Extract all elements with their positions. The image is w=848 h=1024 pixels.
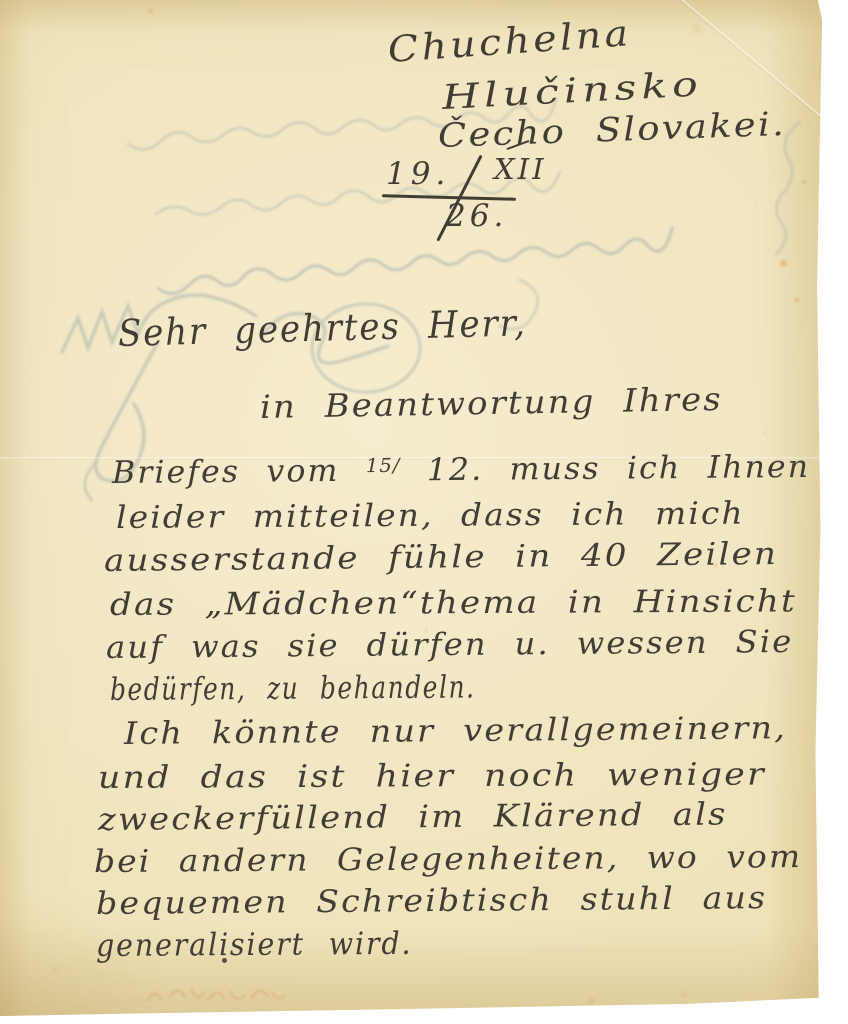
body-line-1-superscript-date: 15/ [366, 454, 401, 477]
body-line-7: Ich könnte nur verallgemeinern, [124, 710, 787, 752]
body-line-2: leider mitteilen, dass ich mich [116, 496, 745, 536]
scan-background: { "letter": { "header": { "place_lines":… [0, 0, 848, 1024]
bleedthrough-accession-mark [148, 990, 284, 1000]
opening-line: in Beantwortung Ihres [260, 380, 723, 426]
body-line-3: ausserstande fühle in 40 Zeilen [104, 536, 779, 579]
foxing-spot [146, 6, 156, 16]
body-line-1: Briefes vom 15/ 12. muss ich Ihnen [112, 449, 810, 491]
body-line-1-post: 12. muss ich Ihnen [427, 449, 811, 488]
date-day: 19. [386, 156, 450, 192]
body-line-8: und das ist hier noch weniger [98, 757, 766, 796]
body-line-10: bei andern Gelegenheiten, wo vom [94, 839, 802, 880]
foxing-spot [586, 996, 596, 1006]
body-line-12: generalisiert wird. [96, 926, 413, 964]
foxing-spot [762, 430, 768, 436]
foxing-spot [50, 966, 59, 975]
salutation: Sehr geehrtes Herr, [117, 301, 527, 355]
letter-paper: Chuchelna Hlučinsko Čecho Slovakei. 19. … [0, 0, 822, 1016]
foxing-spot [793, 296, 801, 304]
date-year: 26. [446, 198, 507, 234]
header-place-city: Chuchelna [387, 13, 633, 71]
body-line-4: das „Mädchen“thema in Hinsicht [110, 583, 797, 623]
foxing-spot [778, 258, 789, 269]
body-line-11: bequemen Schreibtisch stuhl aus [96, 880, 767, 922]
foxing-spot [800, 178, 808, 186]
body-line-5: auf was sie dürfen u. wessen Sie [106, 624, 794, 666]
date-month: XII [494, 152, 547, 186]
body-line-6: bedürfen, zu behandeln. [110, 669, 476, 708]
body-line-1-pre: Briefes vom [112, 453, 340, 491]
date-block: 19. XII 26. [382, 148, 572, 258]
foxing-spot [680, 990, 689, 999]
body-line-9: zweckerfüllend im Klärend als [98, 797, 728, 838]
foxing-spot [690, 22, 704, 36]
